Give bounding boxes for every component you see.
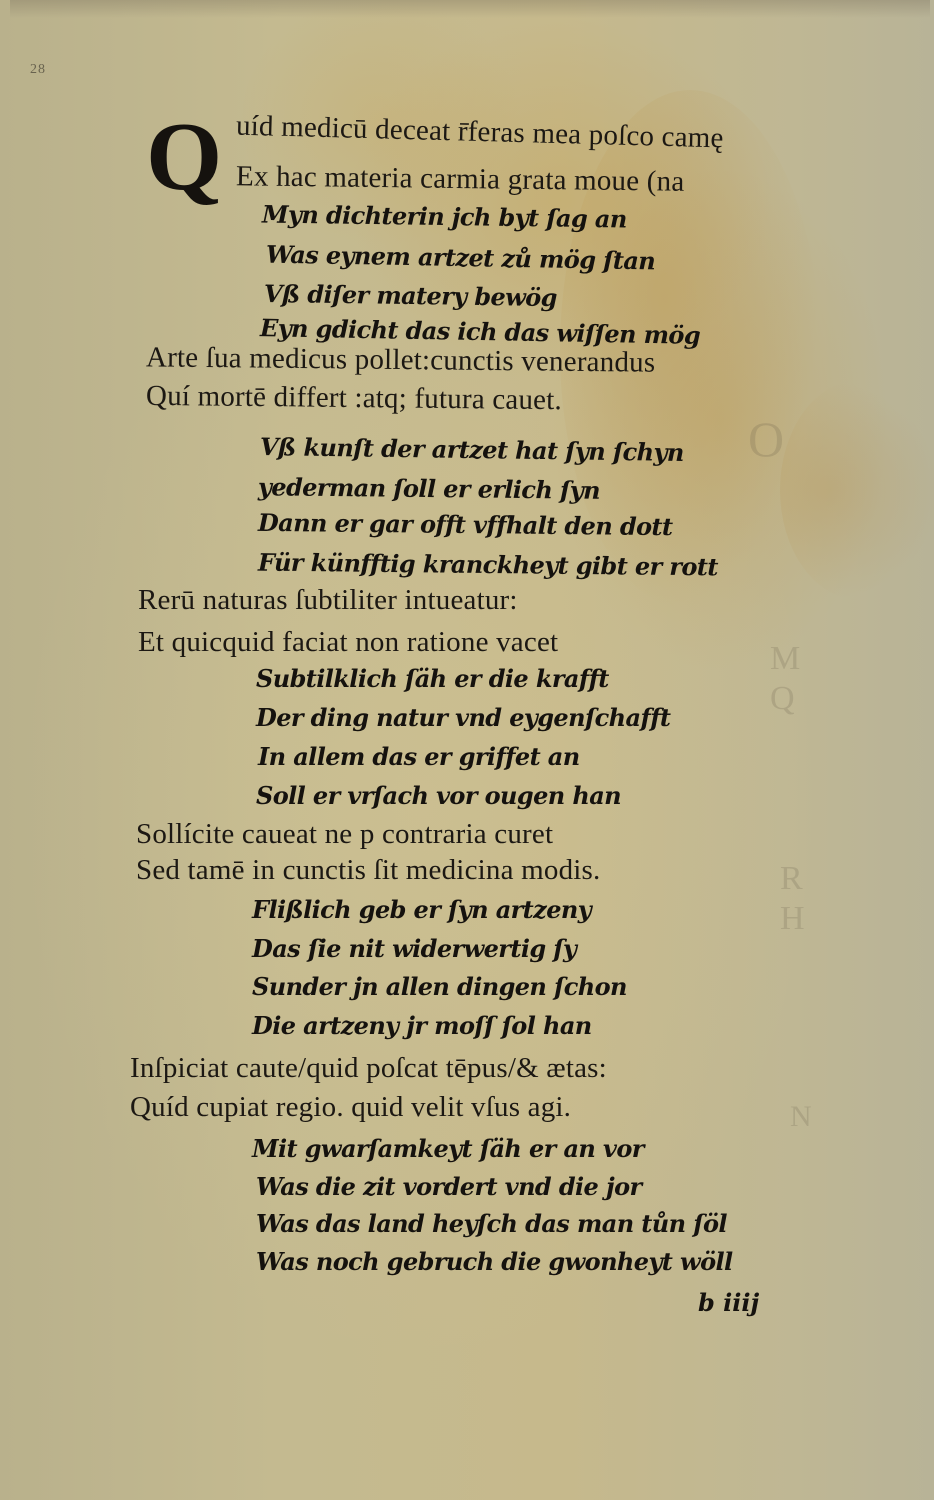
- german-verse-line: yederman ſoll er erlich ſyn: [258, 475, 600, 503]
- german-verse-line: Was noch gebruch die gwonheyt wöll: [256, 1250, 733, 1274]
- german-verse-line: In allem das er griffet an: [258, 745, 580, 769]
- german-verse-line: Was eynem artzet zů mög ſtan: [266, 243, 656, 274]
- signature-mark: b iiij: [698, 1288, 759, 1317]
- drop-cap: Q: [146, 108, 222, 206]
- latin-verse-line: Sollícite caueat ne p contraria curet: [136, 820, 553, 849]
- german-verse-line: Der ding natur vnd eygenſchafft: [256, 706, 670, 730]
- german-verse-line: Vß diſer matery bewög: [264, 282, 557, 310]
- latin-verse-line: Et quicquid faciat non ratione vacet: [138, 628, 558, 657]
- water-stain: [780, 380, 934, 600]
- german-verse-line: Mit gwarſamkeyt ſäh er an vor: [252, 1137, 644, 1161]
- german-verse-line: Sunder jn allen dingen ſchon: [252, 975, 627, 999]
- show-through-glyph: Q: [770, 680, 795, 718]
- german-verse-line: Für künfftig kranckheyt gibt er rott: [258, 551, 718, 580]
- german-verse-line: Was das land heyſch das man tůn ſöl: [256, 1212, 727, 1236]
- latin-verse-line: uíd medicū deceat r̄feras mea poſco camę: [236, 112, 724, 154]
- corner-mark: 28: [30, 62, 46, 78]
- show-through-glyph: O: [748, 410, 784, 468]
- latin-verse-line: Quíd cupiat regio. quid velit vſus agi.: [130, 1093, 571, 1122]
- page-top-edge-shadow: [10, 0, 930, 18]
- german-verse-line: Vß kunſt der artzet hat ſyn ſchyn: [260, 435, 684, 465]
- latin-verse-line: Ex hac materia carmia grata moue (na: [236, 162, 685, 196]
- latin-verse-line: Sed tamē in cunctis ſit medicina modis.: [136, 856, 600, 885]
- latin-verse-line: Arte ſua medicus pollet:cunctis venerand…: [146, 343, 656, 377]
- show-through-glyph: M: [770, 640, 800, 678]
- latin-verse-line: Quí mortē differt :atq; futura cauet.: [146, 382, 562, 415]
- show-through-glyph: N: [790, 1100, 812, 1134]
- german-verse-line: Das ſie nit widerwertig ſy: [252, 937, 576, 961]
- show-through-glyph: R: [780, 860, 803, 898]
- german-verse-line: Myn dichterin jch byt ſag an: [262, 202, 627, 231]
- german-verse-line: Was die zit vordert vnd die jor: [256, 1175, 642, 1199]
- latin-verse-line: Inſpiciat caute/quid poſcat tēpus/& ætas…: [130, 1054, 607, 1083]
- german-verse-line: Soll er vrſach vor ougen han: [256, 784, 621, 808]
- german-verse-line: Subtilklich ſäh er die krafft: [256, 667, 609, 691]
- document-page: O M Q R H N 28 Q uíd medicū deceat r̄fer…: [0, 0, 934, 1500]
- german-verse-line: Dann er gar offt vffhalt den dott: [258, 511, 673, 539]
- german-verse-line: Flißlich geb er ſyn artzeny: [252, 898, 591, 922]
- german-verse-line: Die artzeny jr moſſ ſol han: [252, 1014, 592, 1038]
- latin-verse-line: Rerū naturas ſubtiliter intueatur:: [138, 586, 518, 615]
- show-through-glyph: H: [780, 900, 805, 938]
